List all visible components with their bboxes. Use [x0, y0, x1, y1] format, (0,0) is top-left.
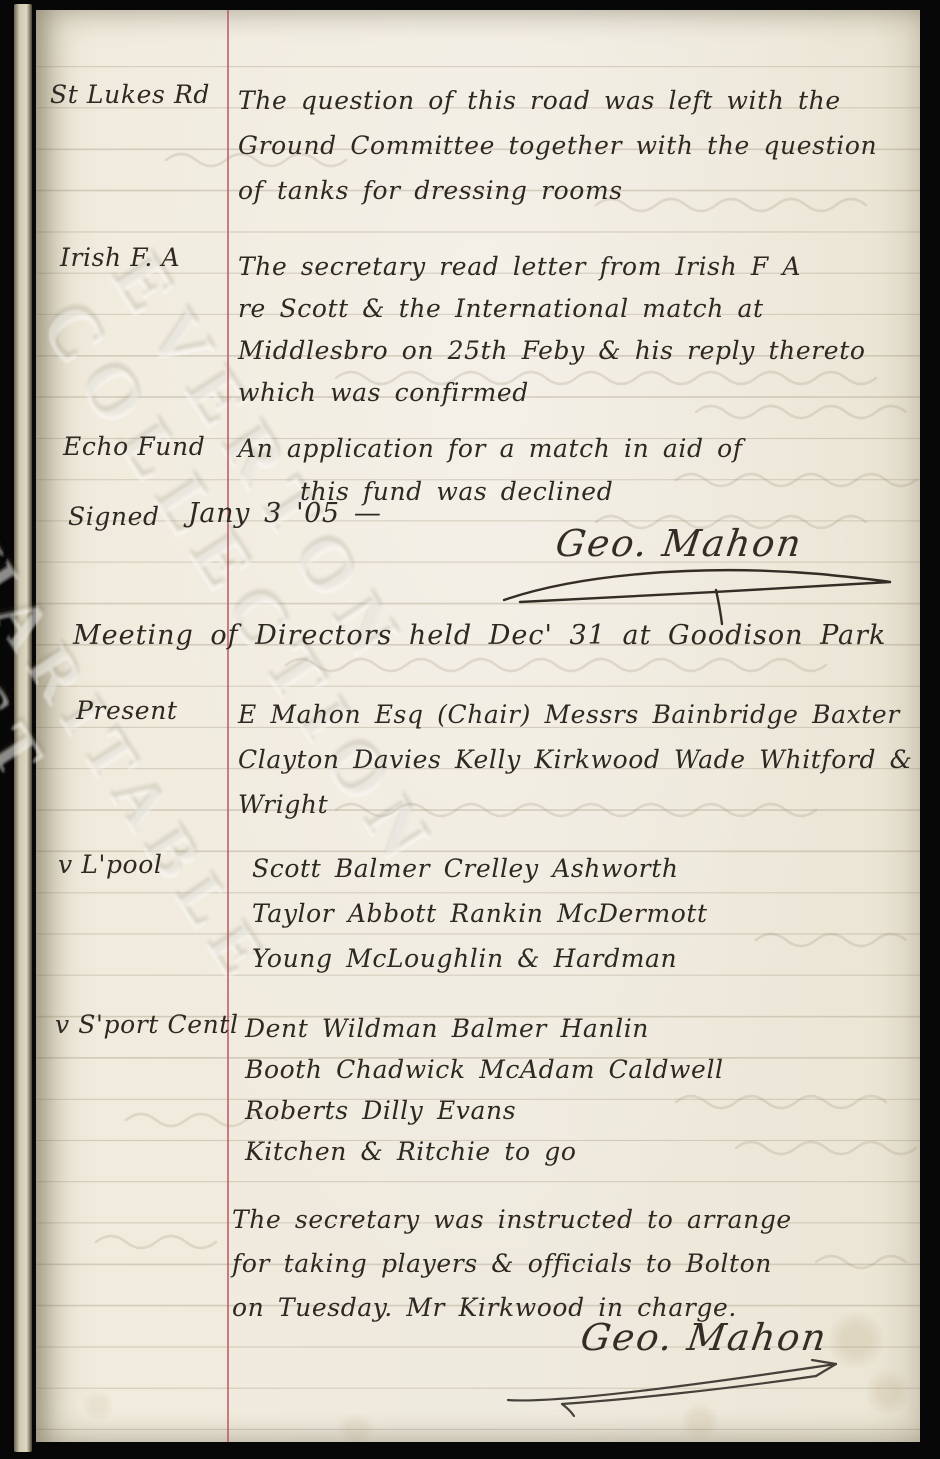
text-line: Wright: [238, 782, 913, 827]
margin-label-echo-fund: Echo Fund: [63, 432, 205, 461]
entry-v-lpool-text: Scott Balmer Crelley Ashworth Taylor Abb…: [252, 846, 708, 981]
text-line: Kitchen & Ritchie to go: [245, 1131, 724, 1172]
meeting-heading: Meeting of Directors held Dec' 31 at Goo…: [73, 620, 886, 651]
signed-date: Jany 3 '05 —: [188, 498, 381, 529]
text-line: which was confirmed: [238, 372, 866, 414]
text-line: for taking players & officials to Bolton: [232, 1242, 792, 1286]
text-line: Booth Chadwick McAdam Caldwell: [245, 1049, 724, 1090]
text-line: re Scott & the International match at: [238, 288, 866, 330]
margin-label-signed: Signed: [68, 502, 160, 531]
text-line: The question of this road was left with …: [238, 78, 877, 123]
text-line: of tanks for dressing rooms: [238, 168, 877, 213]
text-line: E Mahon Esq (Chair) Messrs Bainbridge Ba…: [238, 692, 913, 737]
text-line: Taylor Abbott Rankin McDermott: [252, 891, 708, 936]
text-line: Ground Committee together with the quest…: [238, 123, 877, 168]
minute-book-page: EVERTON COLLECTION CHARITABLE TRUST St L…: [36, 10, 920, 1442]
text-line: Roberts Dilly Evans: [245, 1090, 724, 1131]
signature-geo-mahon-1: Geo. Mahon: [553, 522, 806, 565]
margin-label-v-sport-cent: v S'port Centl: [55, 1010, 239, 1039]
entry-v-sport-cent-text: Dent Wildman Balmer Hanlin Booth Chadwic…: [245, 1008, 724, 1172]
signature-geo-mahon-2: Geo. Mahon: [578, 1316, 831, 1359]
text-line: Dent Wildman Balmer Hanlin: [245, 1008, 724, 1049]
text-line: Middlesbro on 25th Feby & his reply ther…: [238, 330, 866, 372]
entry-st-lukes-text: The question of this road was left with …: [238, 78, 877, 213]
red-margin-rule: [227, 10, 229, 1442]
closing-paragraph: The secretary was instructed to arrange …: [232, 1198, 792, 1330]
entry-echo-fund-line1: An application for a match in aid of: [238, 434, 743, 463]
text-line: Young McLoughlin & Hardman: [252, 936, 708, 981]
book-gutter-page-edge: [14, 4, 32, 1452]
margin-label-present: Present: [76, 696, 178, 725]
text-line: Clayton Davies Kelly Kirkwood Wade Whitf…: [238, 737, 913, 782]
margin-label-v-lpool: v L'pool: [58, 850, 162, 879]
entry-irish-fa-text: The secretary read letter from Irish F A…: [238, 246, 866, 414]
text-line: Scott Balmer Crelley Ashworth: [252, 846, 708, 891]
scanned-minute-book-photo: { "doc": { "paper_color": "#efeade", "in…: [0, 0, 940, 1459]
margin-label-irish-fa: Irish F. A: [60, 243, 180, 272]
margin-label-st-lukes-rd: St Lukes Rd: [50, 80, 210, 109]
text-line: The secretary was instructed to arrange: [232, 1198, 792, 1242]
text-line: The secretary read letter from Irish F A: [238, 246, 866, 288]
entry-present-text: E Mahon Esq (Chair) Messrs Bainbridge Ba…: [238, 692, 913, 827]
